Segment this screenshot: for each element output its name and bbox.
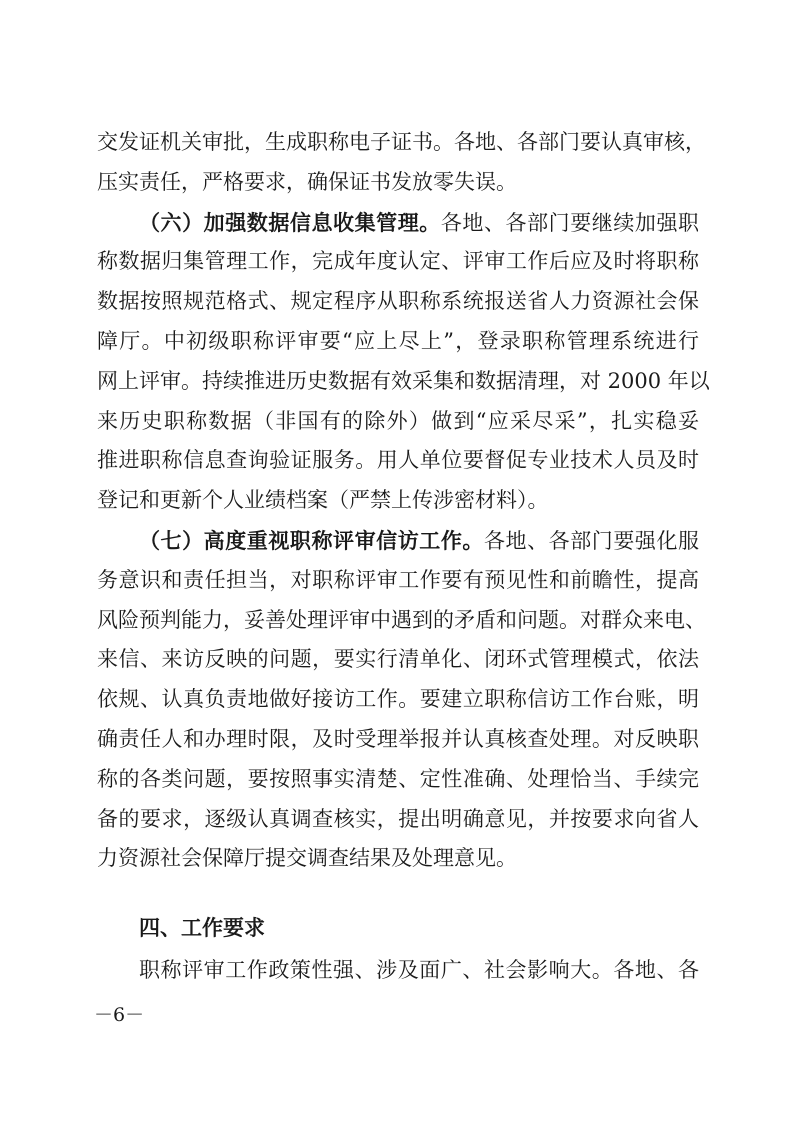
text-line: 登记和更新个人业绩档案（严禁上传涉密材料）。 xyxy=(97,481,699,521)
text-span: 各地、各部门要继续加强职 xyxy=(441,211,699,235)
page-number: －6－ xyxy=(94,1001,144,1029)
document-body: 交发证机关审批，生成职称电子证书。各地、各部门要认真审核， 压实责任，严格要求，… xyxy=(97,123,699,879)
text-line: 职称评审工作政策性强、涉及面广、社会影响大。各地、各 xyxy=(97,951,699,991)
paragraph-six-heading: （六）加强数据信息收集管理。 xyxy=(139,210,441,235)
paragraph-seven-heading: （七）高度重视职称评审信访工作。 xyxy=(139,528,484,553)
text-line: 力资源社会保障厅提交调查结果及处理意见。 xyxy=(97,839,699,879)
text-line: 数据按照规范格式、规定程序从职称系统报送省人力资源社会保 xyxy=(97,282,699,322)
text-line: 称的各类问题，要按照事实清楚、定性准确、处理恰当、手续完 xyxy=(97,760,699,800)
text-line: 来信、来访反映的问题，要实行清单化、闭环式管理模式，依法 xyxy=(97,640,699,680)
text-line: 备的要求，逐级认真调查核实，提出明确意见，并按要求向省人 xyxy=(97,800,699,840)
text-line: 交发证机关审批，生成职称电子证书。各地、各部门要认真审核， xyxy=(97,123,699,163)
text-line: 务意识和责任担当，对职称评审工作要有预见性和前瞻性，提高 xyxy=(97,561,699,601)
text-line: 网上评审。持续推进历史数据有效采集和数据清理，对 2000 年以 xyxy=(97,362,699,402)
text-line: 障厅。中初级职称评审要“应上尽上”，登录职称管理系统进行 xyxy=(97,322,699,362)
text-line: 依规、认真负责地做好接访工作。要建立职称信访工作台账，明 xyxy=(97,680,699,720)
section-heading: 四、工作要求 xyxy=(139,910,265,946)
text-line: 风险预判能力，妥善处理评审中遇到的矛盾和问题。对群众来电、 xyxy=(97,601,699,641)
text-line: 确责任人和办理时限，及时受理举报并认真核查处理。对反映职 xyxy=(97,720,699,760)
text-line: 来历史职称数据（非国有的除外）做到“应采尽采”，扎实稳妥 xyxy=(97,402,699,442)
paragraph-six-first-line: （六）加强数据信息收集管理。各地、各部门要继续加强职 xyxy=(97,203,699,243)
text-line: 推进职称信息查询验证服务。用人单位要督促专业技术人员及时 xyxy=(97,441,699,481)
paragraph-seven-first-line: （七）高度重视职称评审信访工作。各地、各部门要强化服 xyxy=(97,521,699,561)
document-tail: 职称评审工作政策性强、涉及面广、社会影响大。各地、各 xyxy=(97,951,699,991)
text-line: 称数据归集管理工作，完成年度认定、评审工作后应及时将职称 xyxy=(97,242,699,282)
text-span: 各地、各部门要强化服 xyxy=(484,529,699,553)
text-line: 压实责任，严格要求，确保证书发放零失误。 xyxy=(97,163,699,203)
